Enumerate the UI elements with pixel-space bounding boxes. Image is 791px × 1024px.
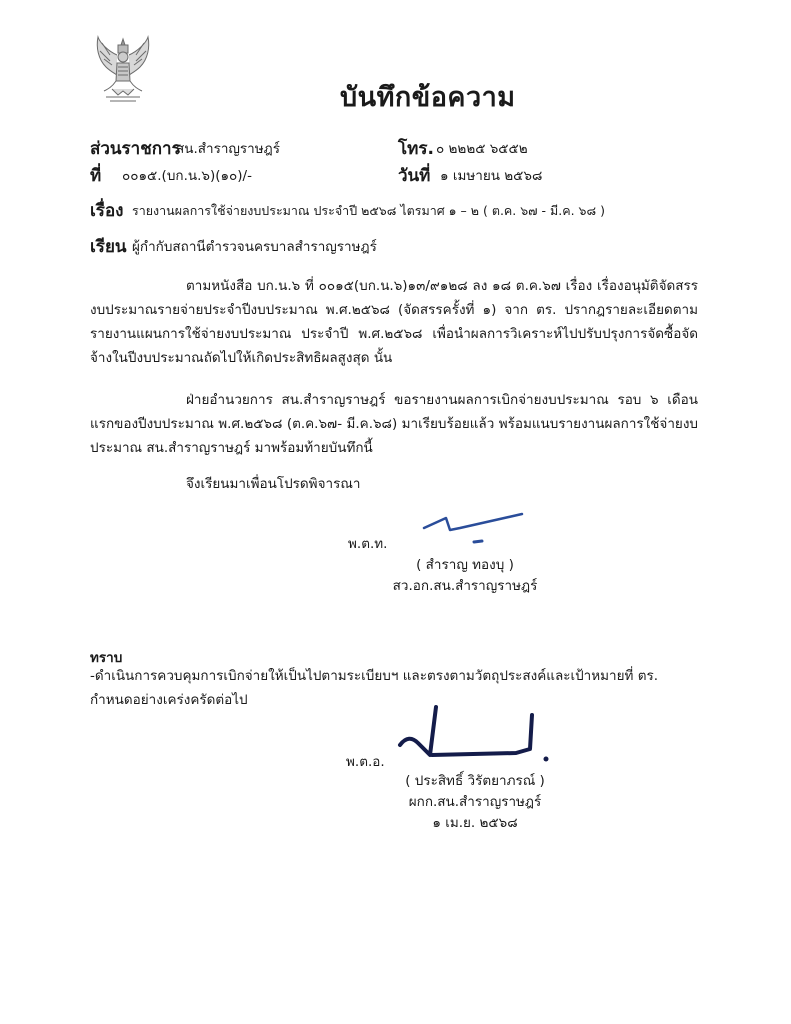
signature-2-date: ๑ เม.ย. ๒๕๖๘ bbox=[395, 813, 555, 834]
signature-1-rank: พ.ต.ท. bbox=[348, 534, 387, 554]
page-title: บันทึกข้อความ bbox=[340, 75, 516, 118]
date-label: วันที่ bbox=[398, 162, 430, 189]
signature-1-icon bbox=[418, 510, 528, 554]
to-value: ผู้กำกับสถานีตำรวจนครบาลสำราญราษฎร์ bbox=[132, 237, 377, 257]
signature-1-name: ( สำราญ ทองบุ ) bbox=[380, 555, 550, 576]
to-label: เรียน bbox=[90, 233, 127, 260]
signature-2-block: ( ประสิทธิ์ วิรัตยาภรณ์ ) ผกก.สน.สำราญรา… bbox=[395, 771, 555, 834]
reference-value: ๐๐๑๕.(บก.น.๖)(๑๐)/- bbox=[122, 166, 252, 186]
garuda-emblem-icon bbox=[92, 33, 154, 105]
phone-label: โทร. bbox=[398, 135, 434, 162]
reference-label: ที่ bbox=[90, 162, 101, 189]
date-value: ๑ เมษายน ๒๕๖๘ bbox=[440, 166, 542, 186]
closing-text: จึงเรียนมาเพื่อนโปรดพิจารณา bbox=[186, 474, 360, 494]
subject-value: รายงานผลการใช้จ่ายงบประมาณ ประจำปี ๒๕๖๘ … bbox=[132, 201, 605, 221]
body-paragraph-2: ฝ่ายอำนวยการ สน.สำราญราษฎร์ ขอรายงานผลกา… bbox=[90, 388, 698, 460]
signature-2-icon bbox=[396, 703, 556, 767]
signature-2-name: ( ประสิทธิ์ วิรัตยาภรณ์ ) bbox=[395, 771, 555, 792]
signature-1-position: สว.อก.สน.สำราญราษฎร์ bbox=[380, 576, 550, 597]
signature-2-rank: พ.ต.อ. bbox=[346, 752, 385, 772]
acknowledge-text: -ดำเนินการควบคุมการเบิกจ่ายให้เป็นไปตามร… bbox=[90, 664, 670, 712]
signature-2-position: ผกก.สน.สำราญราษฎร์ bbox=[395, 792, 555, 813]
department-value: สน.สำราญราษฎร์ bbox=[176, 139, 280, 159]
phone-value: ๐ ๒๒๒๕ ๖๕๕๒ bbox=[436, 139, 528, 159]
body-paragraph-1: ตามหนังสือ บก.น.๖ ที่ ๐๐๑๕(บก.น.๖)๑๓/๙๑๒… bbox=[90, 274, 698, 370]
subject-label: เรื่อง bbox=[90, 197, 123, 224]
signature-1-block: ( สำราญ ทองบุ ) สว.อก.สน.สำราญราษฎร์ bbox=[380, 555, 550, 597]
department-label: ส่วนราชการ bbox=[90, 135, 181, 162]
